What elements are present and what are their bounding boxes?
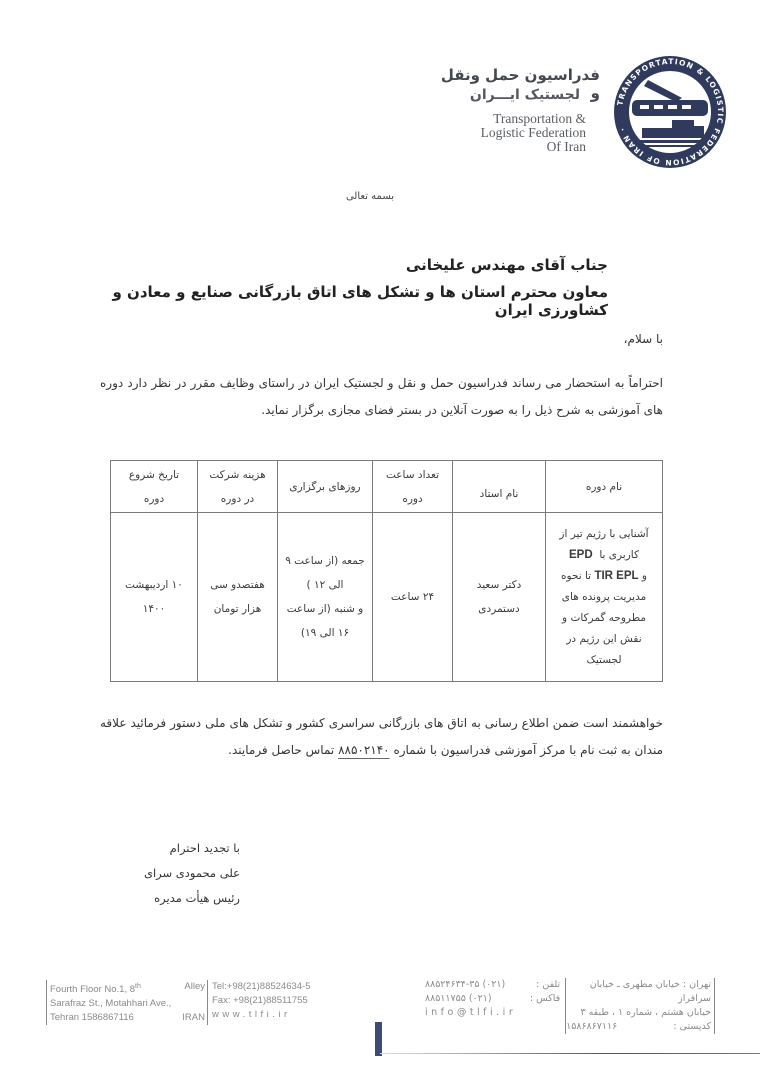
footer-english-address: Fourth Floor No.1, 8thAlley Sarafraz St.… <box>46 980 208 1025</box>
logo-english-line1: Transportation & <box>440 112 586 126</box>
logo-english-name: Transportation & Logistic Federation Of … <box>440 112 586 154</box>
body-paragraph-intro: احتراماً به استحضار می رساند فدراسیون حم… <box>100 370 663 424</box>
header-course-fee: هزینه شرکت در دوره <box>198 461 278 513</box>
table-header-row: نام دوره نام استاد تعداد ساعت دوره روزها… <box>111 461 663 513</box>
footer-accent-bar <box>375 1022 382 1056</box>
cell-hours: ۲۴ ساعت <box>373 513 453 682</box>
footer-tel: Tel:+98(21)88524634-5 <box>212 980 311 994</box>
table-row: آشنایی با رژیم تیر از کاربری با EPD و TI… <box>111 513 663 682</box>
cell-start-date: ۱۰ اردیبهشت ۱۴۰۰ <box>111 513 198 682</box>
bismillah-heading: بسمه تعالی <box>320 191 420 202</box>
cell-days: جمعه (از ساعت ۹ الی ۱۲ ) و شنبه (از ساعت… <box>278 513 373 682</box>
cell-course-name: آشنایی با رژیم تیر از کاربری با EPD و TI… <box>546 513 663 682</box>
header-start-date: تاریخ شروع دوره <box>111 461 198 513</box>
training-center-phone: ۸۸۵۰۲۱۴۰ <box>338 743 390 757</box>
footer-fax: Fax: +98(21)88511755 <box>212 994 311 1008</box>
addressee-name: جناب آقای مهندس علیخانی <box>100 256 608 274</box>
cell-teacher: دکتر سعید دستمردی <box>453 513 546 682</box>
header-teacher-name: نام استاد <box>453 461 546 513</box>
footer-divider <box>380 1053 760 1054</box>
body-paragraph-request: خواهشمند است ضمن اطلاع رسانی به اتاق های… <box>100 710 663 764</box>
logo-persian-line2: لجستیک ایـــران <box>440 87 580 103</box>
footer-english-phones: Tel:+98(21)88524634-5 Fax: +98(21)885117… <box>208 980 311 1025</box>
addressee-title: معاون محترم استان ها و تشکل های اتاق باز… <box>100 283 608 319</box>
header-course-days: روزهای برگزاری <box>278 461 373 513</box>
footer-persian-contact: تهران : خیابان مطهری ـ خیابان سرافراز خی… <box>425 978 715 1034</box>
request-text-end: تماس حاصل فرمایند. <box>228 743 334 757</box>
footer-persian-address: تهران : خیابان مطهری ـ خیابان سرافراز خی… <box>566 978 715 1034</box>
footer-email-link[interactable]: info@tlfi.ir <box>425 1006 560 1020</box>
footer-english-contact: Fourth Floor No.1, 8thAlley Sarafraz St.… <box>46 980 336 1025</box>
cell-fee: هفتصدو سی هزار تومان <box>198 513 278 682</box>
signature-block: با تجدید احترام علی محمودی سرای رئیس هیأ… <box>140 836 240 911</box>
header-course-hours: تعداد ساعت دوره <box>373 461 453 513</box>
signatory-title: رئیس هیأت مدیره <box>140 886 240 911</box>
logo-english-line2: Logistic Federation <box>440 126 586 140</box>
logo-english-line3: Of Iran <box>440 140 586 154</box>
footer-persian-phones: تلفن :۸۸۵۲۴۶۳۴-۳۵ (۰۲۱) فاکس :۸۸۵۱۱۷۵۵ (… <box>425 978 566 1034</box>
closing-regards: با تجدید احترام <box>140 836 240 861</box>
footer-website-link[interactable]: www.tlfi.ir <box>212 1008 311 1022</box>
course-table: نام دوره نام استاد تعداد ساعت دوره روزها… <box>110 460 663 682</box>
header-course-name: نام دوره <box>546 461 663 513</box>
greeting: با سلام، <box>100 332 663 346</box>
federation-seal-logo: TRANSPORTATION & LOGISTIC FEDERATION OF … <box>612 54 728 170</box>
signatory-name: علی محمودی سرای <box>140 861 240 886</box>
